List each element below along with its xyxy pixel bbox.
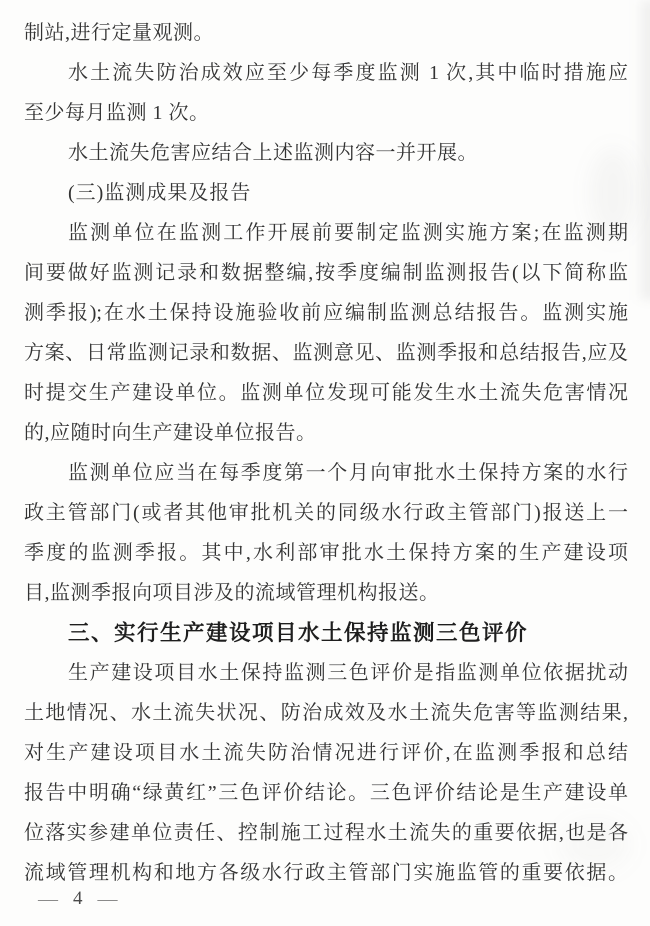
text-line: 位落实参建单位责任、控制施工过程水土流失的重要依据,也是各 [24,813,628,853]
text-line: 水土流失防治成效应至少每季度监测 1 次,其中临时措施应 [24,53,628,93]
text-line: 的,应随时向生产建设单位报告。 [24,413,628,453]
text-line: 监测单位在监测工作开展前要制定监测实施方案;在监测期 [24,213,628,253]
text-line: 监测单位应当在每季度第一个月向审批水土保持方案的水行 [24,453,628,493]
text-line: 间要做好监测记录和数据整编,按季度编制监测报告(以下简称监 [24,253,628,293]
text-line: 对生产建设项目水土流失防治情况进行评价,在监测季报和总结 [24,733,628,773]
text-line: 报告中明确“绿黄红”三色评价结论。三色评价结论是生产建设单 [24,773,628,813]
text-line: 制站,进行定量观测。 [24,13,628,53]
text-line: 至少每月监测 1 次。 [24,93,628,133]
scan-edge-shadow [634,0,650,300]
text-line: 目,监测季报向项目涉及的流域管理机构报送。 [24,573,628,613]
footer-dash-left: — [38,888,58,911]
text-line: 方案、日常监测记录和数据、监测意见、监测季报和总结报告,应及 [24,333,628,373]
document-body: 制站,进行定量观测。水土流失防治成效应至少每季度监测 1 次,其中临时措施应至少… [24,13,628,893]
text-line: 季度的监测季报。其中,水利部审批水土保持方案的生产建设项 [24,533,628,573]
text-line: 土地情况、水土流失状况、防治成效及水土流失危害等监测结果, [24,693,628,733]
section-heading: 三、实行生产建设项目水土保持监测三色评价 [24,613,628,653]
document-page: 制站,进行定量观测。水土流失防治成效应至少每季度监测 1 次,其中临时措施应至少… [0,0,650,926]
page-number: 4 [73,888,83,910]
footer-dash-right: — [98,888,118,911]
text-line: 生产建设项目水土保持监测三色评价是指监测单位依据扰动 [24,653,628,693]
text-line: 政主管部门(或者其他审批机关的同级水行政主管部门)报送上一 [24,493,628,533]
sub-section-heading: (三)监测成果及报告 [24,173,628,213]
text-line: 水土流失危害应结合上述监测内容一并开展。 [24,133,628,173]
text-line: 测季报);在水土保持设施验收前应编制监测总结报告。监测实施 [24,293,628,333]
text-line: 时提交生产建设单位。监测单位发现可能发生水土流失危害情况 [24,373,628,413]
page-footer: — 4 — [38,884,118,914]
